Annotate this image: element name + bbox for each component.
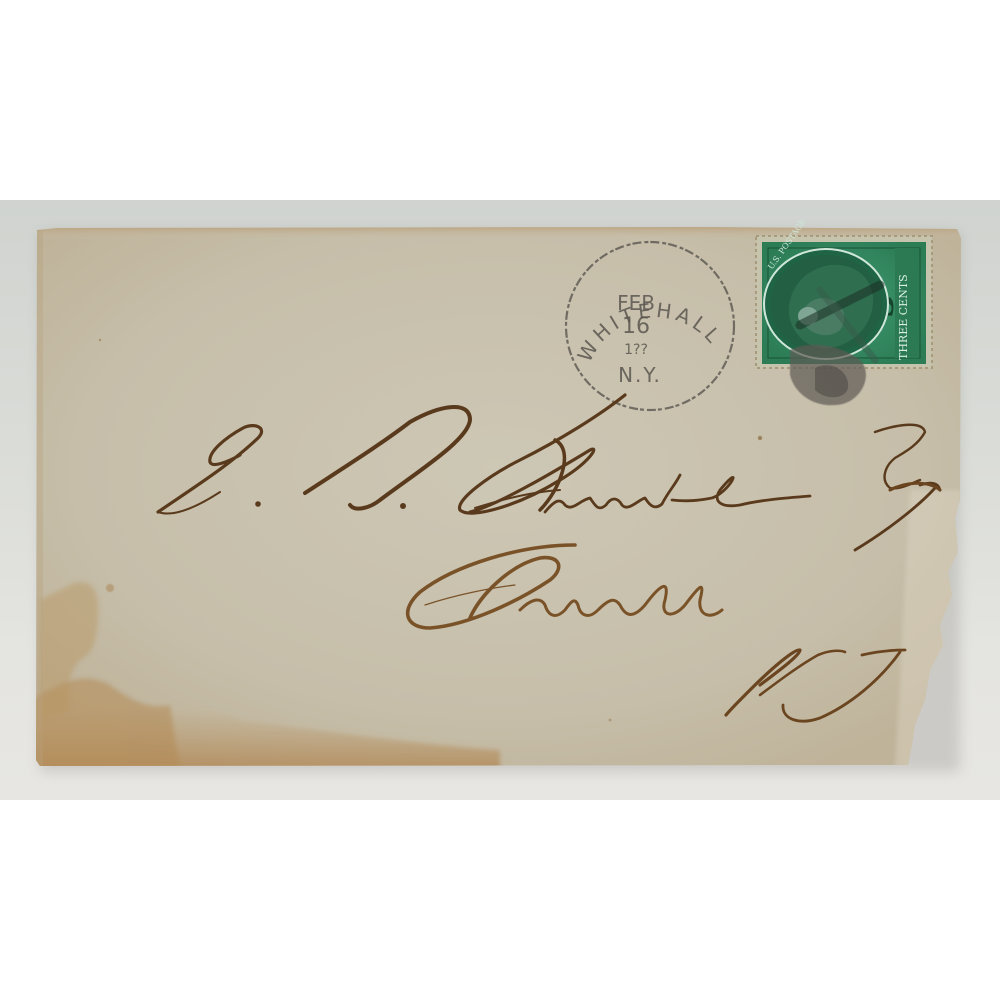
postmark-year: 1?? [624,342,648,358]
photograph-backdrop: THREE CENTS 3 U.S. POSTAGE WHITEHALL FEB… [0,200,1000,800]
envelope-scene: THREE CENTS 3 U.S. POSTAGE WHITEHALL FEB… [0,200,1000,800]
postmark-state: N.Y. [618,363,662,387]
postmark-month: FEB [617,291,655,315]
postmark-day: 16 [622,314,650,339]
